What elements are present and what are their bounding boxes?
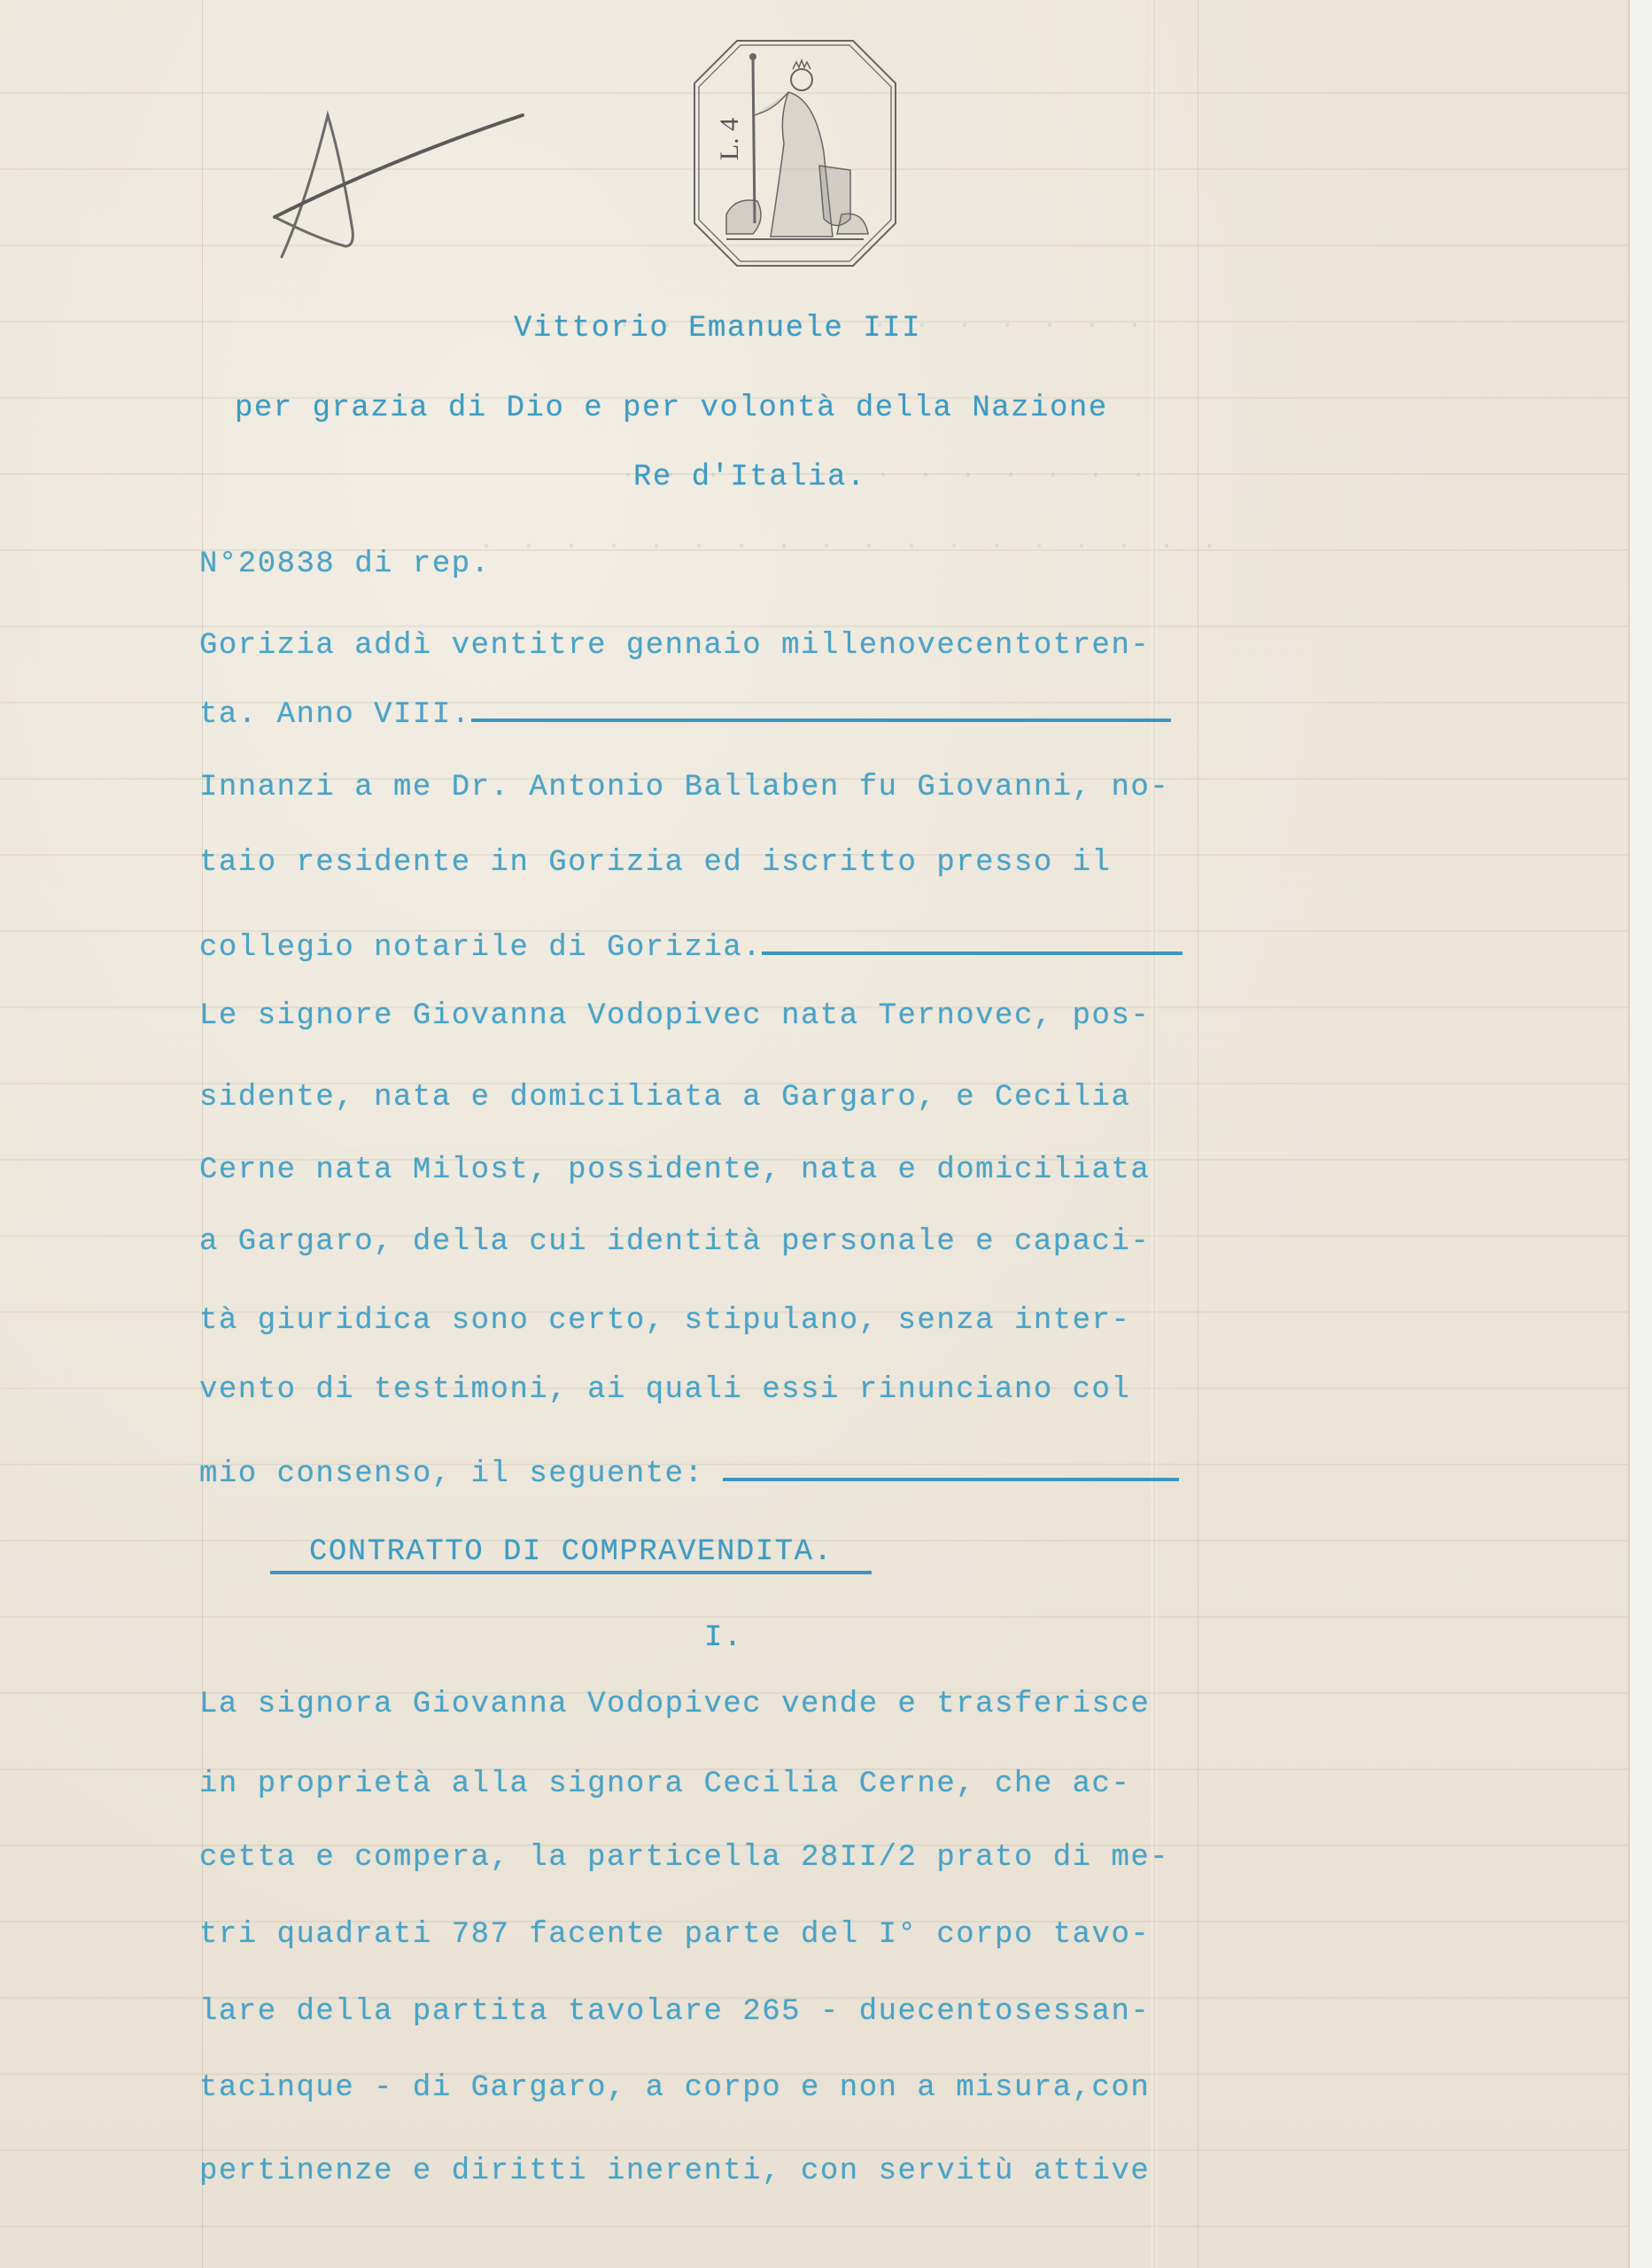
body-line-text: ta. Anno VIII. (199, 698, 471, 732)
contract-title: CONTRATTO DI COMPRAVENDITA. (270, 1535, 872, 1569)
body-line-text: mio consenso, il seguente: (199, 1457, 704, 1491)
section-line: La signora Giovanna Vodopivec vende e tr… (199, 1688, 1150, 1721)
section-line: pertinenze e diritti inerenti, con servi… (199, 2155, 1150, 2188)
royal-formula: per grazia di Dio e per volontà della Na… (235, 392, 1108, 425)
body-line: Innanzi a me Dr. Antonio Ballaben fu Gio… (199, 771, 1169, 804)
king-name: Vittorio Emanuele III (514, 312, 921, 346)
fill-line (471, 695, 1171, 722)
vertical-fold-crease (1152, 0, 1157, 2268)
body-line: Le signore Giovanna Vodopivec nata Terno… (199, 999, 1150, 1033)
bleed-through-text: · · · · · · · · · · · · · · · · · · (478, 532, 1222, 562)
body-line: Gorizia addì ventitre gennaio millenovec… (199, 629, 1150, 663)
body-line: taio residente in Gorizia ed iscritto pr… (199, 846, 1111, 880)
contract-title-text: CONTRATTO DI COMPRAVENDITA. (270, 1535, 872, 1574)
section-line: cetta e compera, la particella 28II/2 pr… (199, 1841, 1169, 1875)
section-line: lare della partita tavolare 265 - duecen… (199, 1995, 1150, 2029)
stamp-value-label: L. 4 (715, 118, 745, 160)
right-margin-rule (1198, 0, 1198, 2268)
body-line: tà giuridica sono certo, stipulano, senz… (199, 1304, 1130, 1338)
body-line-text: collegio notarile di Gorizia. (199, 931, 762, 965)
repertory-number: N°20838 di rep. (199, 548, 491, 581)
section-line: in proprietà alla signora Cecilia Cerne,… (199, 1767, 1130, 1801)
royal-title: Re d'Italia. (633, 461, 866, 494)
fill-line (762, 928, 1183, 955)
body-line: collegio notarile di Gorizia. (199, 928, 1183, 965)
fill-line (723, 1455, 1179, 1481)
pencil-annotation-icon (257, 97, 549, 275)
body-line: sidente, nata e domiciliata a Gargaro, e… (199, 1081, 1130, 1115)
section-line: tacinque - di Gargaro, a corpo e non a m… (199, 2071, 1150, 2105)
section-line: tri quadrati 787 facente parte del I° co… (199, 1918, 1150, 1952)
body-line: a Gargaro, della cui identità personale … (199, 1225, 1150, 1259)
section-number: I. (704, 1621, 743, 1655)
body-line: Cerne nata Milost, possidente, nata e do… (199, 1153, 1150, 1187)
body-line: mio consenso, il seguente: (199, 1455, 1179, 1491)
body-line: ta. Anno VIII. (199, 695, 1171, 732)
body-line: vento di testimoni, ai quali essi rinunc… (199, 1373, 1130, 1407)
